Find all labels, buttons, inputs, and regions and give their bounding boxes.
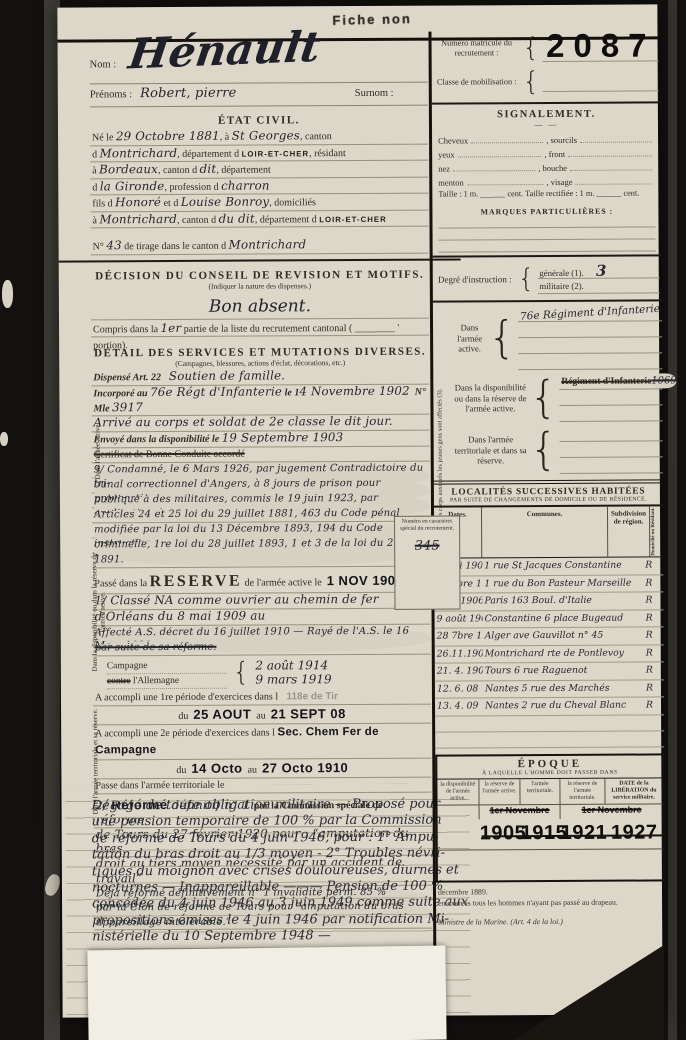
footnote-3: Ministre de la Marine. (Art. 4 de la loi… <box>438 915 663 927</box>
text-segment: Montrichard <box>229 237 307 251</box>
sig-label: menton <box>438 177 464 187</box>
text-segment: , département <box>216 164 270 175</box>
table-cell-date: 13. 4. 09 <box>435 699 483 716</box>
campagne-word-struck: contre <box>107 676 131 686</box>
table-row: 7 mai 19061 rue St Jacques ConstantineR <box>434 558 663 577</box>
numero-special-value-struck: 345 <box>397 538 457 553</box>
campagne-label-2: contre l'Allemagne <box>107 673 227 689</box>
numero-special-box: Numéro en caractères spécial du recrutem… <box>394 515 460 609</box>
text-segment: 4 Novembre 1902 <box>299 384 410 399</box>
text-segment: dit <box>200 162 217 176</box>
blank-line <box>438 215 655 228</box>
form-line: criminelle, 1re loi du 28 juillet 1893, … <box>92 537 430 554</box>
text-segment: Né le <box>92 132 116 143</box>
form-line: Incorporé au 76e Régt d'Infanterie le 14… <box>91 384 429 416</box>
form-line: publique à des militaires, commis le 19 … <box>92 492 430 509</box>
text-segment: , canton <box>300 131 332 142</box>
territoriale-block: Dans l'armée territoriale et dans sa rés… <box>454 425 663 474</box>
table-cell-dr: R <box>644 680 664 697</box>
degre-militaire-label: militaire (2). <box>539 281 584 291</box>
table-cell-commune: 1 rue St Jacques Constantine <box>482 558 643 575</box>
text-segment: Incorporé au <box>93 388 150 399</box>
text-segment: 27 Octo 1910 <box>262 760 348 775</box>
form-line: Né le 29 Octobre 1881, à St Georges, can… <box>90 128 428 146</box>
top-stamp: Fiche non <box>332 11 412 28</box>
signalement-row: yeux, front <box>432 145 661 160</box>
text-segment: , département d <box>255 214 319 225</box>
armee-active-lines: 76e Régiment d'Infanterie <box>518 305 662 370</box>
text-segment: , profession d <box>164 181 221 192</box>
blank-row <box>435 715 664 732</box>
table-row: 18 7bre 19061 rue du Bon Pasteur Marseil… <box>434 575 663 594</box>
text-segment: d'Orléans du 8 mai 1909 au <box>95 608 266 623</box>
services-entries: Dispensé Art. 22 Soutien de famille.Inco… <box>91 369 430 569</box>
text-segment: 3917 <box>112 400 143 414</box>
text-segment: du dit <box>219 211 255 225</box>
text-segment: à <box>92 165 99 176</box>
margin-label-armee-active: Dans l'armée active. <box>93 403 102 499</box>
text-segment: 76e Régt d'Infanterie <box>150 384 282 399</box>
text-segment: et d <box>161 198 181 209</box>
form-line: d la Gironde, profession d charron <box>90 177 428 195</box>
text-segment: tation du bras droit au 1/3 moyen - 2° T… <box>92 846 445 863</box>
field-fill <box>458 146 542 157</box>
form-line: fils d Honoré et d Louise Bonroy, domici… <box>90 194 428 212</box>
sig-label: Cheveux <box>438 135 468 145</box>
table-cell-commune: Montrichard rte de Pontlevoy <box>483 645 644 662</box>
epoque-col-2: la réserve de l'armée active. <box>479 779 520 804</box>
table-row: 21. 4. 1907Tours 6 rue RaguenotR <box>435 663 664 682</box>
empty-cell <box>438 805 480 819</box>
form-line: bunal correctionnel d'Angers, à 8 jours … <box>92 477 430 494</box>
nom-field: Nom : Hénault <box>90 42 428 85</box>
table-cell-dr: R <box>643 593 663 610</box>
text-segment: Soutien de famille. <box>161 368 285 383</box>
etat-civil-lines: Né le 29 Octobre 1881, à St Georges, can… <box>90 128 429 229</box>
table-row: 26.11.1906Montrichard rte de PontlevoyR <box>435 645 664 664</box>
table-cell-commune: Alger ave Gauvillot n° 45 <box>483 628 644 645</box>
col-domicilie-residant: Domicilié ou Résidant. <box>650 506 663 556</box>
brace-glyph: { <box>488 318 516 358</box>
text-segment: , à <box>220 132 232 143</box>
year-territoriale: 1921 <box>561 822 606 845</box>
text-segment: 118e de Tir <box>278 691 338 702</box>
field-fill <box>568 145 652 156</box>
matricule-number-value: 2087 <box>546 26 656 65</box>
text-segment: , canton d <box>177 214 219 225</box>
form-line: 9/ Condamné, le 6 Mars 1926, par jugemen… <box>92 462 430 479</box>
text-segment: de l'armée active le <box>242 577 327 588</box>
localites-header: Dates. Communes. Subdivision de région. … <box>434 506 663 558</box>
degre-label: Degré d'instruction : <box>435 274 515 285</box>
degre-generale-value: 3 <box>596 262 607 280</box>
disponibilite-block: Dans la disponibilité ou dans la réserve… <box>453 373 662 422</box>
text-segment: Dispensé Art. 22 <box>93 372 161 383</box>
matricule-number-field: 2087 <box>542 34 659 62</box>
side-column: Numéro matricule du recrutement : { 2087… <box>428 30 665 947</box>
text-segment: , département d <box>177 148 241 159</box>
text-segment: 25 AOUT <box>193 706 251 721</box>
periode2-line: A accompli une 2e période d'exercices da… <box>93 723 431 760</box>
table-cell-dr: R <box>644 698 664 715</box>
degre-rows: générale (1). 3 militaire (2). <box>537 263 660 294</box>
campagne-date-end: 9 mars 1919 <box>255 672 331 686</box>
blank-sheet-overlay <box>87 946 446 1040</box>
epoque-col-date: DATE de la LIBÉRATION du service militai… <box>605 778 662 803</box>
novembre-stamp-struck: 1er Novembre <box>561 804 663 819</box>
table-cell-commune: Nantes 5 rue des Marchés <box>483 680 644 697</box>
text-segment: 21 SEPT 08 <box>271 706 346 721</box>
table-cell-dr: R <box>644 645 664 662</box>
text-segment: Montrichard <box>100 145 178 159</box>
text-segment: , domiciliés <box>269 197 316 208</box>
epoque-header: la disponibilité de l'armée active. la r… <box>437 778 662 805</box>
epoque-col-3: l'armée territoriale. <box>520 779 560 804</box>
table-cell-commune: Tours 6 rue Raguenot <box>483 663 644 680</box>
blank-line <box>560 457 663 474</box>
brace-glyph: { <box>518 264 535 294</box>
epoque-col-4: la réserve de l'armée territoriale. <box>560 778 605 803</box>
table-cell-dr: R <box>643 558 663 575</box>
text-segment: 1er <box>161 321 182 335</box>
field-fill <box>570 159 652 170</box>
page-corner-shadow <box>514 945 664 1040</box>
territoriale-lines <box>560 425 663 474</box>
epoque-table: ÉPOQUE À LAQUELLE L'HOMME DOIT PASSER DA… <box>435 753 665 882</box>
table-cell-dr: R <box>644 628 664 645</box>
table-row: 9 août 1906Constantine 6 place BugeaudR <box>435 610 664 629</box>
section-rule <box>59 258 461 262</box>
text-segment: tiques du moignon avec crises douloureus… <box>92 862 459 879</box>
text-segment: St Georges <box>232 128 300 142</box>
ledger-photo: Fiche non Nom : Hénault Prénoms : Robert… <box>0 0 686 1040</box>
matricule-number-row: Numéro matricule du recrutement : { 2087 <box>431 30 660 65</box>
form-line: Affecté A.S. décret du 16 juillet 1910 —… <box>93 624 431 641</box>
brace-glyph: { <box>523 33 540 63</box>
taille-line: Taille : 1 m. ______ cent. Taille rectif… <box>432 187 661 203</box>
text-segment: 14 Octo <box>191 760 242 775</box>
prenoms-label: Prénoms : <box>90 89 132 100</box>
text-segment: Honoré <box>115 195 161 209</box>
paper-smudge <box>0 432 8 446</box>
col-subdivision: Subdivision de région. <box>608 506 650 556</box>
blank-line <box>439 239 656 252</box>
reserve-line: Passé dans la RESERVE de l'armée active … <box>92 570 430 595</box>
year-reserve-active: 1915 <box>521 822 561 845</box>
margin-label-territoriale: Dans l'armée territoriale et sa réserve. <box>91 705 110 817</box>
campagne-dates: 2 août 1914 9 mars 1919 <box>255 658 331 688</box>
decision-subtitle: (Indiquer la nature des dispenses.) <box>91 281 429 292</box>
blank-line <box>518 353 662 370</box>
text-segment: Montrichard <box>99 211 177 225</box>
classe-mobilisation-label: Classe de mobilisation : <box>434 77 520 87</box>
blank-line <box>439 227 656 240</box>
text-segment: RESERVE <box>150 573 243 590</box>
section-rule <box>433 254 662 257</box>
tirage-line: N° 43 de tirage dans le canton d Montric… <box>91 235 429 256</box>
form-line: à Montrichard, canton d du dit, départem… <box>90 210 428 228</box>
degage-paragraph: Dégagé de toute obligation militaire — P… <box>65 783 470 946</box>
degre-generale-label: générale (1). <box>539 268 584 278</box>
epoque-years-row: 1905 1915 1921 1927 <box>438 818 663 849</box>
table-cell-date: 26.11.1906 <box>435 646 483 663</box>
text-segment: au <box>243 764 263 775</box>
etat-civil-title: ÉTAT CIVIL. <box>90 114 428 128</box>
prenoms-value: Robert, pierre <box>140 86 237 102</box>
services-title: DÉTAIL DES SERVICES ET MUTATIONS DIVERSE… <box>91 346 429 360</box>
nom-value: Hénault <box>126 27 323 75</box>
text-segment: 19 Septembre 1903 <box>222 430 344 445</box>
disponibilite-label: Dans la disponibilité ou dans la réserve… <box>453 382 527 414</box>
table-cell-commune: Nantes 2 rue du Cheval Blanc <box>483 698 644 715</box>
sig-label: yeux <box>438 149 455 159</box>
brace-glyph: { <box>530 430 558 470</box>
form-line: d Montrichard, département d LOIR-ET-CHE… <box>90 144 428 162</box>
localites-rows: 7 mai 19061 rue St Jacques ConstantineR1… <box>434 558 664 717</box>
campagne-date-start: 2 août 1914 <box>255 658 331 672</box>
text-segment: Bordeaux <box>99 162 158 176</box>
text-segment: propositions émises le 4 juin 1946 par n… <box>92 911 449 928</box>
text-segment: à <box>92 215 99 226</box>
paper-smudge <box>2 280 13 308</box>
text-segment: Envoyé dans la disponibilité le <box>94 434 222 446</box>
armee-active-block: Dans l'armée active. { 76e Régiment d'In… <box>453 305 662 370</box>
numero-special-label: Numéro en caractères spécial du recrutem… <box>397 518 457 532</box>
form-line: modifiée par la loi du 13 Décembre 1893,… <box>92 522 430 539</box>
localites-table: LOCALITÉS SUCCESSIVES HABITÉES PAR SUITE… <box>434 479 664 748</box>
footnote-2: en exercés tous les hommes n'ayant pas p… <box>438 896 663 908</box>
text-segment: de réforme de Tours du 4 juin 1946, pour… <box>92 829 439 846</box>
table-cell-commune: Constantine 6 place Bugeaud <box>483 610 644 627</box>
text-segment: le 1 <box>282 387 299 398</box>
epoque-col-1: la disponibilité de l'armée active. <box>437 779 479 804</box>
field-fill <box>575 173 652 184</box>
form-line: Envoyé dans la disponibilité le 19 Septe… <box>92 431 430 449</box>
text-segment: d <box>92 182 100 193</box>
form-line: à Bordeaux, canton d dit, département <box>90 161 428 179</box>
brace-glyph: { <box>529 378 557 418</box>
classe-mobilisation-row: Classe de mobilisation : { <box>432 64 661 99</box>
form-line: nistérielle du 10 Septembre 1948 — <box>66 928 470 947</box>
blank-row <box>438 848 663 880</box>
field-fill <box>453 160 535 171</box>
table-row: 12. 6. 08Nantes 5 rue des MarchésR <box>435 680 664 699</box>
armee-active-label: Dans l'armée active. <box>453 323 486 355</box>
blank-line <box>559 389 662 406</box>
text-segment: du <box>178 710 193 721</box>
text-segment: par suite de sa réforme. <box>95 640 217 654</box>
text-segment: d <box>92 149 100 160</box>
brace-glyph: { <box>233 658 250 688</box>
periode1-dates: du 25 AOUT au 21 SEPT 08 <box>93 704 431 725</box>
disponibilite-lines: Régiment d'Infanterie 1069 <box>559 373 662 422</box>
form-line: d'Orléans du 8 mai 1909 au <box>93 608 431 626</box>
territoriale-label: Dans l'armée territoriale et dans sa rés… <box>454 434 528 466</box>
affectations-section: Indication des corps auxquels les jeunes… <box>433 305 663 474</box>
text-segment: LOIR-ET-CHER <box>319 214 386 223</box>
decision-verdict: Bon absent. <box>91 292 429 321</box>
campagne-block: Campagne contre l'Allemagne { 2 août 191… <box>107 657 431 689</box>
text-segment: , résidant <box>309 148 346 159</box>
text-segment: N° <box>93 241 107 252</box>
sig-label: , front <box>544 149 565 159</box>
text-segment: A accompli une 1re période d'exercices d… <box>95 691 278 703</box>
signalement-dash: — — <box>432 119 661 129</box>
blank-line <box>518 337 662 354</box>
text-segment: Compris dans la <box>93 324 161 335</box>
blank-line <box>559 405 662 422</box>
footnotes: décembre 1889. en exercés tous les homme… <box>436 881 665 927</box>
periode2-dates: du 14 Octo au 27 Octo 1910 <box>93 758 431 779</box>
section-rule <box>432 101 661 104</box>
campagne-word: l'Allemagne <box>133 676 179 686</box>
archive-mark: 1-13-50-1901. <box>47 702 54 812</box>
margin-label-disponibilite: Dans la disponibilité ou dans la réserve… <box>90 547 109 677</box>
services-subtitle: (Campagnes, blessures, actions d'éclat, … <box>91 358 429 369</box>
sig-label: , sourcils <box>546 135 577 145</box>
novembre-stamp-struck: 1er Novembre <box>480 805 561 819</box>
signalement-row: Cheveux, sourcils <box>432 131 661 146</box>
blank-line <box>560 441 663 458</box>
text-segment: criminelle, 1re loi du 28 juillet 1893, … <box>94 537 430 566</box>
year-disponibilite: 1905 <box>480 822 521 845</box>
brace-glyph: { <box>523 67 540 97</box>
table-cell-commune: 1 rue du Bon Pasteur Marseille <box>482 575 643 592</box>
signalement-row: nez, bouche <box>432 159 661 174</box>
table-cell-date: 28 7bre 1906 <box>435 629 483 646</box>
text-segment: Classé NA comme ouvrier au chemin de fer <box>110 592 378 607</box>
compris-line: Compris dans la 1er partie de la liste d… <box>91 319 429 338</box>
blank-line <box>518 321 662 338</box>
text-segment: nocturnes — Inappareillable ——— Pension … <box>92 879 443 896</box>
field-fill <box>580 131 652 142</box>
regiment-line: Régiment d'Infanterie 1069 <box>559 373 662 390</box>
text-segment: charron <box>221 178 270 192</box>
text-segment: Certificat de Bonne Conduite accordé <box>94 449 245 461</box>
prenoms-field: Prénoms : Robert, pierre Surnom : <box>90 85 428 108</box>
text-segment: , canton d <box>158 165 200 176</box>
table-cell-dr: R <box>644 663 664 680</box>
campagne-labels: Campagne contre l'Allemagne <box>107 658 227 689</box>
degre-generale-row: générale (1). 3 <box>537 263 660 279</box>
campagne-word: Campagne <box>107 661 148 671</box>
table-row: 28 7bre 1906Alger ave Gauvillot n° 45R <box>435 628 664 647</box>
text-segment: fils d <box>92 198 115 209</box>
text-segment: Louise Bonroy <box>181 194 270 208</box>
regiment-print-struck: Régiment d'Infanterie <box>561 376 651 386</box>
field-fill <box>471 132 543 143</box>
text-segment: la Gironde <box>100 179 165 193</box>
form-line: Articles 24 et 25 loi du 29 juillet 1881… <box>92 507 430 524</box>
text-segment: une pension temporaire de 100 % par la C… <box>92 813 442 830</box>
sig-label: , bouche <box>538 163 567 173</box>
text-segment: Dégagé de toute obligation militaire — P… <box>92 797 441 814</box>
classement-entries: 1/ Classé NA comme ouvrier au chemin de … <box>92 593 430 656</box>
text-segment: du <box>176 764 191 775</box>
matricule-sheet: Fiche non Nom : Hénault Prénoms : Robert… <box>57 4 662 1017</box>
surnom-label: Surnom : <box>355 88 394 99</box>
table-cell-commune: Paris 163 Boul. d'Italie <box>482 593 643 610</box>
text-segment: Arrivé au corps et soldat de 2e classe l… <box>93 414 392 430</box>
text-segment: A accompli une 2e période d'exercices da… <box>95 727 277 739</box>
matricule-number-label: Numéro matricule du recrutement : <box>434 38 520 58</box>
text-segment: Articles 24 et 25 loi du 29 juillet 1881… <box>94 507 400 522</box>
blank-row <box>435 731 664 748</box>
sig-label: , visage <box>547 177 573 187</box>
nom-label: Nom : <box>90 59 117 70</box>
blank-line <box>560 425 663 442</box>
periode1-line: A accompli une 1re période d'exercices d… <box>93 689 431 706</box>
text-segment: concédée du 4 juin 1946 au 3 juin 1949 c… <box>92 895 468 912</box>
decision-title: DÉCISION DU CONSEIL DE REVISION ET MOTIF… <box>91 269 429 283</box>
text-segment: 29 Octobre 1881 <box>116 129 220 144</box>
table-cell-date: 21. 4. 1907 <box>435 664 483 681</box>
degre-militaire-row: militaire (2). <box>537 278 660 294</box>
text-segment: de tirage dans le canton d <box>122 241 229 253</box>
col-communes: Communes. <box>482 507 608 558</box>
year-liberation: 1927 <box>606 822 663 845</box>
table-cell-dr: R <box>643 575 663 592</box>
table-cell-dr: R <box>644 610 664 627</box>
regiment-number-struck: 1069 <box>651 373 677 388</box>
campagne-label-1: Campagne <box>107 658 227 674</box>
field-fill <box>467 174 544 185</box>
degre-instruction-block: Degré d'instruction : { générale (1). 3 … <box>433 259 662 297</box>
text-segment: nistérielle du 10 Septembre 1948 — <box>92 928 331 944</box>
signalement-row: menton, visage <box>432 173 661 188</box>
regiment-line: 76e Régiment d'Infanterie <box>518 305 662 322</box>
page-stack-edge-right <box>668 0 677 1040</box>
table-cell-date: 12. 6. 08 <box>435 681 483 698</box>
text-segment: LOIR-ET-CHER <box>242 149 309 158</box>
text-segment: 1 NOV 1905 <box>327 573 404 588</box>
section-rule <box>433 299 662 302</box>
form-line: Certificat de Bonne Conduite accordé <box>92 447 430 464</box>
form-line: propositions émises le 4 juin 1946 par n… <box>66 911 470 930</box>
classe-mobilisation-field <box>542 72 659 92</box>
text-segment: au <box>251 710 271 721</box>
table-row: 23-2-1906Paris 163 Boul. d'ItalieR <box>434 593 663 612</box>
sig-label: nez <box>438 164 450 174</box>
epoque-stamp-row: 1er Novembre 1er Novembre <box>438 804 663 819</box>
table-row: 13. 4. 09Nantes 2 rue du Cheval BlancR <box>435 698 664 717</box>
text-segment: 43 <box>106 238 121 252</box>
